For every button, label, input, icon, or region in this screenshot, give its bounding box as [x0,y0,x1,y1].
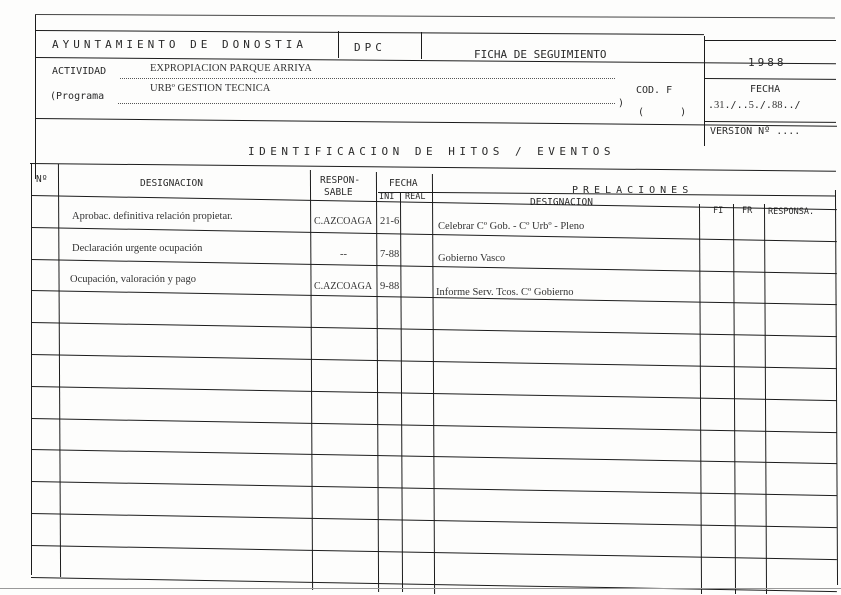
fecha-row-bottom [704,121,836,123]
header-top-border [36,30,704,35]
section-title: IDENTIFICACION DE HITOS / EVENTOS [248,145,615,158]
row-designacion[interactable]: Ocupación, valoración y pago [70,274,196,285]
row-designacion[interactable]: Declaración urgente ocupación [72,243,202,254]
row-separator [31,227,837,242]
actividad-label: ACTIVIDAD [52,66,106,77]
tracking-form-page: AYUNTAMIENTO DE DONOSTIA DPC FICHA DE SE… [0,0,841,595]
row-responsable[interactable]: -- [340,249,347,260]
version-field[interactable]: VERSION Nº .... [710,126,800,137]
col-header-prel-designacion: DESIGNACION [530,197,593,208]
col-header-designacion: DESIGNACION [140,178,203,189]
programa-label: (Programa [50,91,104,102]
year: 1988 [748,56,787,69]
col-header-num: Nº [36,174,47,185]
table-row-empty[interactable] [31,419,836,449]
fecha-year: 88 [772,100,783,111]
header-top-border-right [704,40,836,41]
row-fecha-ini[interactable]: 21-6 [380,216,399,227]
row-prel-designacion[interactable]: Gobierno Vasco [438,253,505,264]
table-row-empty[interactable] [31,514,836,544]
cod-value-field[interactable]: ( ) [638,107,686,118]
col-header-fecha-real: REAL [405,192,425,202]
programa-value[interactable]: URBº GESTION TECNICA [150,83,270,94]
fecha-day: 31 [714,100,725,111]
table-row-empty[interactable] [31,323,836,353]
form-left-border [35,14,36,179]
row-responsable[interactable]: C.AZCOAGA [314,216,372,227]
table-top-border [30,163,836,172]
year-row-bottom [704,78,836,80]
col-header-responsable-line2: SABLE [324,187,353,198]
table-row-empty[interactable] [31,387,836,417]
row-separator [31,259,837,274]
table-row-empty[interactable] [31,546,836,576]
row-prel-designacion[interactable]: Celebrar Cº Gob. - Cº Urbº - Pleno [438,221,584,232]
cod-label: COD. F [636,85,672,96]
row-designacion[interactable]: Aprobac. definitiva relación propietar. [72,211,233,222]
row-fecha-ini[interactable]: 7-88 [380,249,399,260]
table-row-empty[interactable] [31,291,836,321]
col-header-fecha: FECHA [389,178,418,189]
row-prel-designacion[interactable]: Informe Serv. Tcos. Cº Gobierno [436,287,574,298]
programa-dotted-line [118,103,615,104]
row-responsable[interactable]: C.AZCOAGA [314,281,372,292]
fecha-label: FECHA [750,84,780,95]
header-bottom-border [35,118,837,127]
right-panel-divider [704,36,705,146]
fecha-value-field[interactable]: .31./..5./.88../ [708,100,801,111]
row-separator [31,195,837,210]
form-title: FICHA DE SEGUIMIENTO [474,48,606,61]
actividad-dotted-line [120,78,615,79]
dpc-divider-left [338,31,339,58]
table-row-empty[interactable] [31,482,836,512]
col-header-responsable-line1: RESPON- [320,175,360,186]
form-top-edge [35,14,835,18]
organization-name: AYUNTAMIENTO DE DONOSTIA [52,38,307,51]
table-row-empty[interactable] [31,355,836,385]
fecha-month: 5 [749,100,754,111]
department-code: DPC [354,41,386,54]
row-fecha-ini[interactable]: 9-88 [380,281,399,292]
page-bottom-edge [0,588,841,589]
actividad-value[interactable]: EXPROPIACION PARQUE ARRIYA [150,63,312,74]
col-header-prelaciones: PRELACIONES [572,185,693,196]
programa-close-paren: ) [618,98,624,109]
table-row-empty[interactable] [31,450,836,480]
dpc-divider-right [421,32,422,59]
